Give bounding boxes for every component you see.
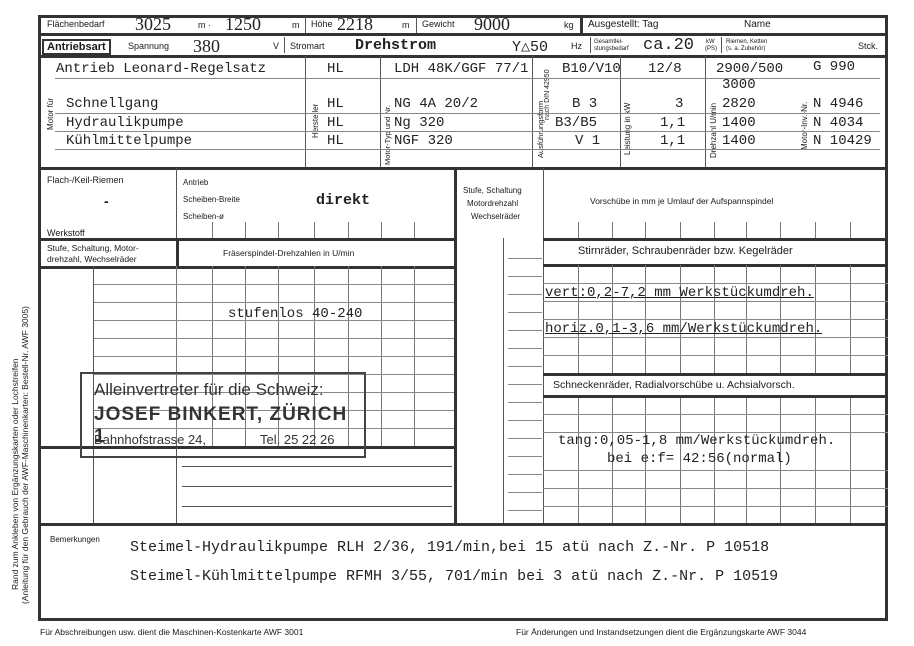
- remark-line2: Steimel-Kühlmittelpumpe RFMH 3/55, 701/m…: [130, 568, 778, 585]
- stirnraeder-label: Stirnräder, Schraubenräder bzw. Kegelräd…: [578, 245, 793, 257]
- motor-typ: Ng 320: [394, 115, 444, 131]
- feed-vertical: vert:0,2-7,2 mm Werkstückumdreh.: [545, 285, 814, 301]
- motordrehzahl-label: Motordrehzahl: [467, 199, 518, 208]
- schneckenraeder-label: Schneckenräder, Radialvorschübe u. Achsi…: [553, 379, 795, 391]
- motor-drehzahl: 2900/500: [716, 61, 783, 77]
- motor-typ: NGF 320: [394, 133, 453, 149]
- stromart-label: Stromart: [290, 41, 325, 51]
- motor-inv: N 10429: [813, 133, 872, 149]
- fraeserspindel-drehzahlen-label: Fräserspindel-Drehzahlen in U/min: [223, 248, 354, 258]
- footer-left: Für Abschreibungen usw. dient die Maschi…: [40, 627, 303, 637]
- motor-form: B10/V10: [562, 61, 621, 77]
- riemen-ketten-label: Riemen, Ketten: [726, 39, 767, 45]
- vorschuebe-label: Vorschübe in mm je Umlauf der Aufspannsp…: [590, 196, 773, 206]
- gewicht-value: 9000: [474, 14, 510, 35]
- motor-hersteller: HL: [327, 133, 344, 149]
- feed-tangential: tang:0,05-1,8 mm/Werkstückumdreh.: [558, 433, 835, 449]
- motor-name: Antrieb Leonard-Regelsatz: [56, 61, 266, 77]
- motor-name: Schnellgang: [66, 96, 158, 112]
- gewicht-unit: kg: [564, 20, 574, 30]
- unit-m-dot: m ·: [198, 20, 211, 30]
- antriebsart-label: Antriebsart: [42, 39, 111, 55]
- motor-inv: N 4946: [813, 96, 863, 112]
- stck-label: Stck.: [858, 41, 878, 51]
- hersteller-label: Hersteller: [311, 104, 320, 138]
- gewicht-label: Gewicht: [422, 19, 455, 29]
- motor-typ: LDH 48K/GGF 77/1: [394, 61, 528, 77]
- motor-drehzahl-2: 3000: [722, 77, 756, 93]
- unit-m: m: [292, 20, 300, 30]
- motor-hersteller: HL: [327, 61, 344, 77]
- leistung-label: Leistung in kW: [623, 103, 632, 155]
- motor-leistung: 12/8: [648, 61, 682, 77]
- stamp-phone: Tel. 25 22 26: [260, 432, 334, 447]
- motor-hersteller: HL: [327, 96, 344, 112]
- scheiben-breite-label: Scheiben-Breite: [183, 195, 240, 204]
- spindle-drehzahl-label: drehzahl, Wechselräder: [47, 254, 137, 264]
- zubehoer-label: (s. a. Zubehör): [726, 46, 765, 52]
- remark-line1: Steimel-Hydraulikpumpe RLH 2/36, 191/min…: [130, 539, 769, 556]
- flaechenbedarf-b-value: 1250: [225, 14, 261, 35]
- motor-form: B 3: [572, 96, 597, 112]
- motor-inv: N 4034: [813, 115, 863, 131]
- hoehe-label: Höhe: [311, 19, 333, 29]
- motor-name: Hydraulikpumpe: [66, 115, 184, 131]
- motor-name: Kühlmittelpumpe: [66, 133, 192, 149]
- motor-typ: NG 4A 20/2: [394, 96, 478, 112]
- motor-leistung: 3: [675, 96, 683, 112]
- gesamtleistung-label-2: stungsbedarf: [594, 46, 629, 52]
- motor-drehzahl: 2820: [722, 96, 756, 112]
- spindle-stufe-label: Stufe, Schaltung, Motor-: [47, 243, 139, 253]
- wechselraeder-label: Wechselräder: [471, 212, 520, 221]
- riemen-label: Flach-/Keil-Riemen: [47, 175, 124, 185]
- gesamtleistung-label: Gesamtlei-: [594, 39, 623, 45]
- frequenz-value: Y△50: [512, 37, 548, 56]
- motor-form: V 1: [575, 133, 600, 149]
- inv-nr-label: Motor-Inv.-Nr.: [800, 102, 809, 150]
- stamp-address: Bahnhofstrasse 24,: [94, 432, 206, 447]
- dealer-stamp: Alleinvertreter für die Schweiz: JOSEF B…: [80, 372, 366, 458]
- margin-note-line1: Rand zum Ankleben von Ergänzungskarten o…: [10, 358, 20, 590]
- motor-leistung: 1,1: [660, 115, 685, 131]
- riemen-value: -: [104, 193, 109, 209]
- name-label: Name: [744, 19, 771, 30]
- motor-form: B3/B5: [555, 115, 597, 131]
- stamp-line1: Alleinvertreter für die Schweiz:: [94, 380, 324, 400]
- flaechenbedarf-label: Flächenbedarf: [47, 19, 105, 29]
- spannung-label: Spannung: [128, 41, 169, 51]
- feed-horizontal: horiz.0,1-3,6 mm/Werkstückumdreh.: [545, 321, 822, 337]
- motor-leistung: 1,1: [660, 133, 685, 149]
- spannung-unit: V: [273, 41, 279, 51]
- flaechenbedarf-a-value: 3025: [135, 14, 171, 35]
- margin-note-line2: (Anleitung für den Gebrauch der AWF-Masc…: [20, 306, 30, 604]
- frequenz-unit: Hz: [571, 41, 582, 51]
- motor-inv: G 990: [813, 59, 855, 75]
- feed-tangential-ratio: bei e:f= 42:56(normal): [607, 451, 792, 467]
- ausgestellt-label: Ausgestellt: Tag: [588, 19, 658, 30]
- footer-right: Für Änderungen und Instandsetzungen dien…: [516, 627, 806, 637]
- stromart-value: Drehstrom: [355, 37, 436, 54]
- kw-label: kW: [706, 39, 715, 45]
- werkstoff-label: Werkstoff: [47, 228, 85, 238]
- remarks-label: Bemerkungen: [50, 535, 100, 544]
- hoehe-unit: m: [402, 20, 410, 30]
- spannung-value: 380: [193, 36, 220, 57]
- motor-drehzahl: 1400: [722, 133, 756, 149]
- stufe-label: Stufe, Schaltung: [463, 186, 522, 195]
- antrieb-value: direkt: [316, 192, 370, 209]
- antrieb-label: Antrieb: [183, 178, 208, 187]
- motor-fuer-label: Motor für: [46, 98, 55, 130]
- gesamtleistung-value: ca.20: [643, 36, 694, 55]
- hoehe-value: 2218: [337, 14, 373, 35]
- spindle-speed-value: stufenlos 40-240: [228, 306, 362, 322]
- motor-hersteller: HL: [327, 115, 344, 131]
- ps-label: (PS): [705, 46, 717, 52]
- motor-drehzahl: 1400: [722, 115, 756, 131]
- scheiben-durchmesser-label: Scheiben-ø: [183, 212, 224, 221]
